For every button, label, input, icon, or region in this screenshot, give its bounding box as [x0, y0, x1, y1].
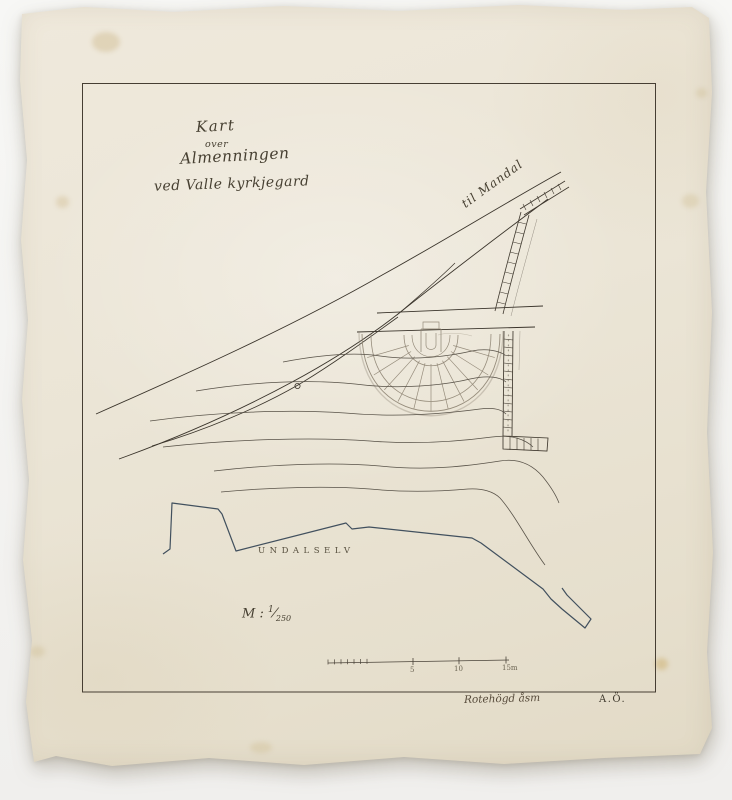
map-drawing	[0, 0, 732, 800]
scale-bar-line	[328, 660, 509, 663]
wall-upper-strip-rungs	[523, 184, 561, 210]
road-branch-curve	[397, 263, 455, 315]
river-bank-outline	[163, 503, 591, 628]
roads-group	[96, 172, 561, 459]
faint-pencil-note-squiggle	[438, 333, 472, 336]
initials-text: A.Ö.	[599, 694, 626, 705]
scanned-map-sheet: Kart over Almenningen ved Valle kyrkjega…	[0, 0, 732, 800]
wall-foot-hatch	[510, 437, 538, 451]
scale-bar-subdivision-ticks	[328, 659, 367, 665]
scale-bar-label-10: 10	[454, 665, 463, 673]
contour-path	[150, 408, 506, 421]
road-branch-path	[152, 317, 398, 446]
stone-wall-group	[495, 181, 569, 451]
contour-path	[214, 460, 559, 503]
contour-lines-group	[150, 350, 559, 565]
scale-bar-group	[328, 657, 509, 666]
fan-gate-top-block	[423, 322, 439, 329]
fan-gate-frame	[421, 329, 441, 352]
scale-bar-label-5: 5	[410, 666, 414, 674]
cross-road-upper-line	[377, 306, 543, 313]
scale-bar-label-15m: 15m	[502, 664, 518, 672]
contour-path	[163, 436, 533, 447]
scale-prefix: M :	[242, 606, 264, 621]
contour-path	[283, 350, 505, 362]
contour-path	[196, 377, 506, 391]
wall-stone-dots	[508, 335, 509, 433]
fan-gate-arch	[426, 333, 436, 350]
map-border	[83, 84, 656, 693]
wall-outer-faint-line	[519, 331, 520, 370]
surveyor-signature: Rotehögd åsm	[464, 692, 540, 706]
title-line-1: Kart	[196, 116, 236, 136]
road-upper-edge-path	[96, 172, 561, 414]
churchyard-fan-group	[359, 322, 503, 416]
map-scale-text: M : 1⁄250	[242, 605, 291, 623]
road-lower-edge-path	[119, 199, 548, 459]
river-name-label: UNDALSELV	[258, 546, 355, 556]
fan-hub-arc-inner	[412, 335, 450, 357]
wall-upper-strip-edges	[520, 181, 569, 215]
scale-fraction-denominator: 250	[276, 614, 291, 623]
